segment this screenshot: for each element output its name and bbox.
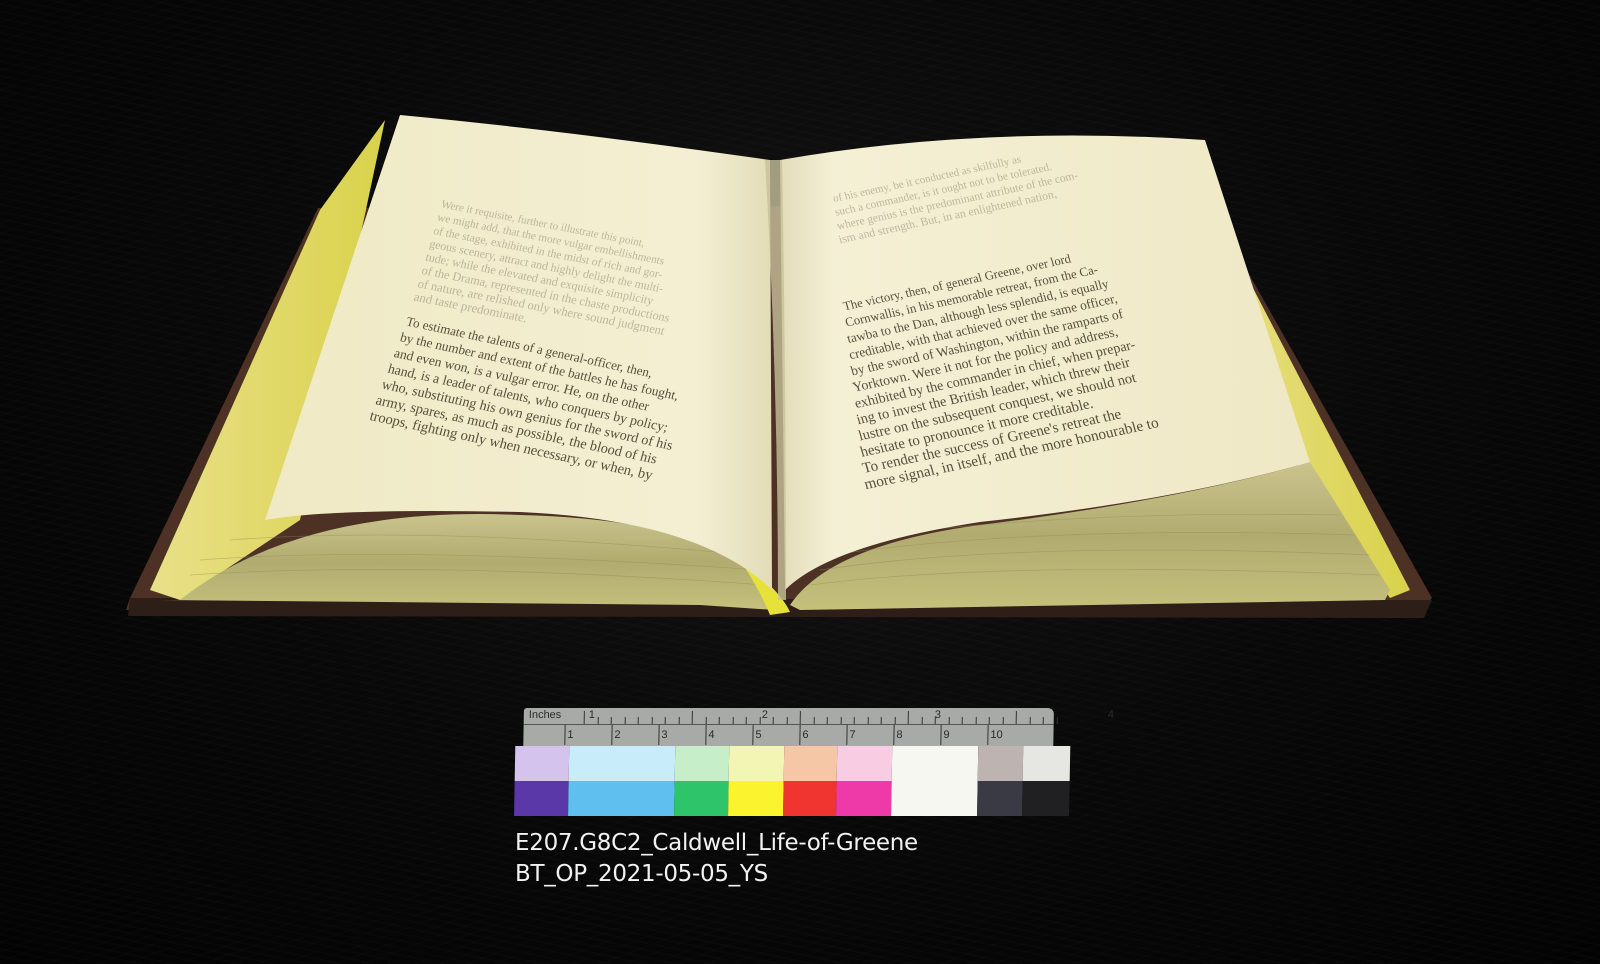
ruler-tick bbox=[948, 717, 949, 724]
ruler-tick bbox=[840, 717, 841, 724]
ruler-tick bbox=[1016, 711, 1017, 724]
swatch-row-saturated bbox=[514, 781, 1070, 816]
ruler-tick bbox=[624, 717, 625, 724]
ruler-inch-label: 1 bbox=[589, 709, 595, 721]
ruler-cm-label: 5 bbox=[755, 729, 761, 741]
ruler-inch-label: 4 bbox=[1108, 709, 1114, 721]
color-swatch bbox=[978, 746, 1024, 781]
color-swatch bbox=[1022, 781, 1069, 816]
ruler-tick bbox=[651, 717, 652, 724]
ruler-cm-label: 2 bbox=[614, 729, 620, 741]
ruler-tick bbox=[800, 711, 801, 724]
color-swatch bbox=[728, 781, 784, 816]
ruler-tick bbox=[746, 717, 747, 724]
caption-session: BT_OP_2021-05-05_YS bbox=[515, 859, 918, 890]
ruler-tick bbox=[1029, 717, 1030, 724]
swatch-row-light bbox=[515, 746, 1071, 781]
ruler-tick bbox=[921, 717, 922, 724]
ruler-tick bbox=[597, 717, 598, 724]
ruler-tick bbox=[935, 717, 936, 724]
color-swatch bbox=[836, 781, 892, 816]
ruler-tick bbox=[773, 717, 774, 724]
color-swatch bbox=[784, 746, 837, 781]
ruler-tick bbox=[908, 711, 909, 724]
ruler-unit-label: Inches bbox=[529, 709, 562, 721]
color-swatch bbox=[514, 781, 569, 816]
ruler-cm-label: 1 bbox=[567, 729, 573, 741]
ruler-tick bbox=[732, 717, 733, 724]
color-swatch bbox=[569, 746, 676, 781]
color-calibration-card: Inches 123412345678910 bbox=[514, 708, 1071, 816]
ruler-tick bbox=[813, 717, 814, 724]
color-swatch bbox=[568, 781, 675, 816]
color-swatches bbox=[514, 746, 1070, 816]
ruler-tick bbox=[1056, 717, 1057, 724]
ruler-cm-label: 9 bbox=[943, 729, 949, 741]
ruler-tick bbox=[665, 717, 666, 724]
color-swatch bbox=[892, 746, 979, 781]
ruler-tick bbox=[894, 717, 895, 724]
color-swatch bbox=[783, 781, 836, 816]
ruler-tick bbox=[584, 711, 585, 724]
color-swatch bbox=[515, 746, 570, 781]
ruler-tick bbox=[611, 717, 612, 724]
ruler-tick bbox=[1043, 717, 1044, 724]
ruler-tick bbox=[692, 711, 693, 724]
ruler-tick bbox=[975, 717, 976, 724]
open-book: Were it requisite, further to illustrate… bbox=[0, 0, 1600, 964]
color-swatch bbox=[728, 746, 784, 781]
ruler-tick bbox=[827, 717, 828, 724]
ruler-cm-label: 8 bbox=[896, 729, 902, 741]
ruler-cm-label: 7 bbox=[849, 729, 855, 741]
ruler-cm-label: 3 bbox=[661, 729, 667, 741]
ruler-tick bbox=[881, 717, 882, 724]
color-swatch bbox=[674, 781, 729, 816]
ruler-tick bbox=[1002, 717, 1003, 724]
ruler-tick bbox=[786, 717, 787, 724]
ruler-tick bbox=[989, 717, 990, 724]
inch-cm-ruler: Inches 123412345678910 bbox=[523, 708, 1054, 746]
color-swatch bbox=[1023, 746, 1070, 781]
ruler-tick bbox=[854, 717, 855, 724]
ruler-inch-label: 2 bbox=[762, 709, 768, 721]
color-swatch bbox=[977, 781, 1023, 816]
image-caption: E207.G8C2_Caldwell_Life-of-Greene BT_OP_… bbox=[515, 828, 918, 890]
ruler-tick bbox=[867, 717, 868, 724]
ruler-tick bbox=[678, 717, 679, 724]
ruler-tick bbox=[962, 717, 963, 724]
caption-identifier: E207.G8C2_Caldwell_Life-of-Greene bbox=[515, 828, 918, 859]
color-swatch bbox=[836, 746, 892, 781]
ruler-cm-label: 10 bbox=[990, 729, 1002, 741]
ruler-tick bbox=[705, 717, 706, 724]
ruler-cm-label: 6 bbox=[802, 729, 808, 741]
ruler-cm-label: 4 bbox=[708, 729, 714, 741]
color-swatch bbox=[675, 746, 730, 781]
color-swatch bbox=[891, 781, 978, 816]
ruler-tick bbox=[638, 717, 639, 724]
ruler-tick bbox=[759, 717, 760, 724]
ruler-tick bbox=[719, 717, 720, 724]
